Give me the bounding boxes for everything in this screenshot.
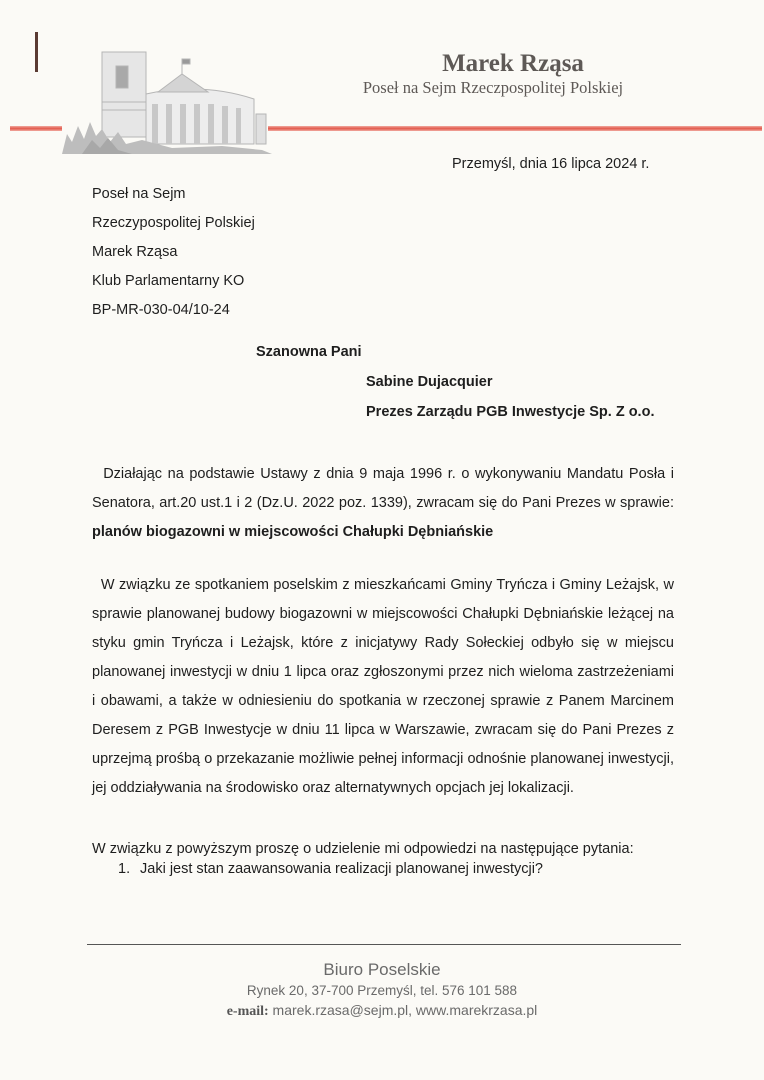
- sender-line: Poseł na Sejm: [92, 180, 255, 209]
- paragraph-request: W związku z powyższym proszę o udzieleni…: [92, 835, 674, 864]
- footer-contact: e-mail: marek.rzasa@sejm.pl, www.marekrz…: [0, 1002, 764, 1020]
- header-rule-right: [268, 126, 762, 131]
- date-line: Przemyśl, dnia 16 lipca 2024 r.: [452, 156, 649, 172]
- footer-address: Rynek 20, 37-700 Przemyśl, tel. 576 101 …: [0, 983, 764, 998]
- subject: planów biogazowni w miejscowości Chałupk…: [92, 524, 493, 540]
- paragraph-text: W związku ze spotkaniem poselskim z mies…: [92, 577, 674, 796]
- letterhead-subtitle: Poseł na Sejm Rzeczpospolitej Polskiej: [318, 78, 668, 98]
- sender-line: Klub Parlamentarny KO: [92, 267, 255, 296]
- footer-office: Biuro Poselskie: [0, 960, 764, 980]
- letterhead-name: Marek Rząsa: [413, 50, 613, 78]
- sender-block: Poseł na Sejm Rzeczypospolitej Polskiej …: [92, 180, 255, 325]
- question-item: 1.Jaki jest stan zaawansowania realizacj…: [118, 861, 543, 877]
- footer-divider: [87, 944, 681, 945]
- margin-mark: [35, 32, 38, 72]
- header-rule-left: [10, 126, 62, 131]
- paragraph-text: Działając na podstawie Ustawy z dnia 9 m…: [92, 466, 674, 511]
- paragraph-legal-basis: Działając na podstawie Ustawy z dnia 9 m…: [92, 460, 674, 547]
- paragraph-context: W związku ze spotkaniem poselskim z mies…: [92, 571, 674, 803]
- sender-line: Rzeczypospolitej Polskiej: [92, 209, 255, 238]
- sender-line: Marek Rząsa: [92, 238, 255, 267]
- question-number: 1.: [118, 861, 140, 877]
- recipient-title: Prezes Zarządu PGB Inwestycje Sp. Z o.o.: [366, 404, 654, 420]
- reference-number: BP-MR-030-04/10-24: [92, 296, 255, 325]
- salutation: Szanowna Pani: [256, 344, 362, 360]
- question-text: Jaki jest stan zaawansowania realizacji …: [140, 861, 543, 877]
- sejm-building-icon: [62, 44, 272, 154]
- email-label: e-mail:: [227, 1004, 269, 1019]
- contact-links: marek.rzasa@sejm.pl, www.marekrzasa.pl: [269, 1002, 538, 1018]
- recipient-name: Sabine Dujacquier: [366, 374, 493, 390]
